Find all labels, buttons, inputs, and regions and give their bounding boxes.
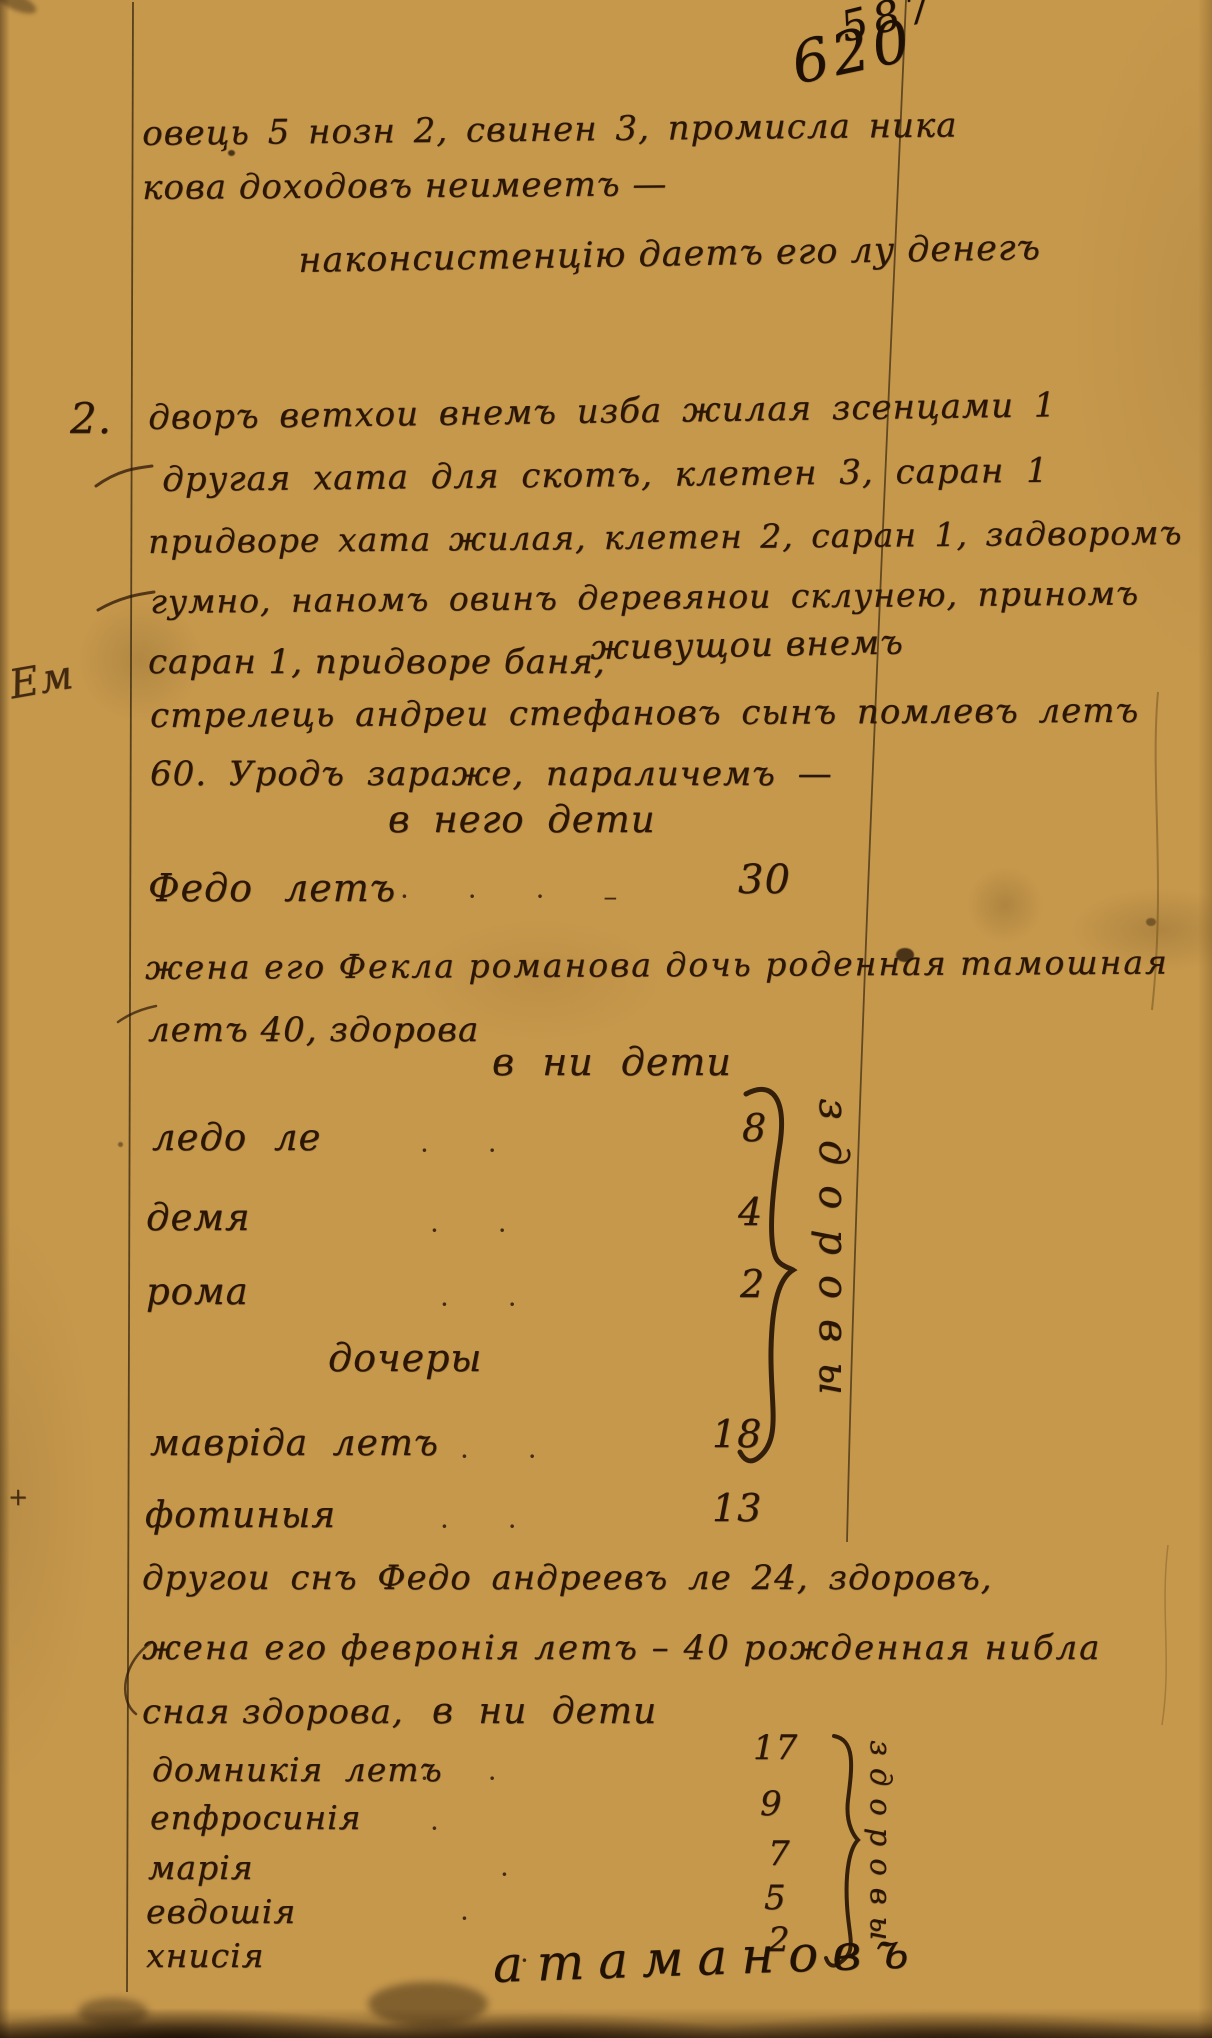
daughter-age: 13 — [712, 1488, 762, 1530]
children-heading: в него дети — [388, 800, 656, 841]
entry-number: 2. — [70, 396, 112, 442]
folio-number-written: 620 — [786, 8, 919, 96]
daughter-name: марія — [148, 1850, 254, 1886]
daughter-age: 17 — [753, 1730, 798, 1767]
son-name: рома — [146, 1272, 249, 1313]
ink-blot — [118, 1142, 123, 1147]
son-age: 2 — [740, 1264, 765, 1306]
household-line-5b: живущои внемъ — [590, 625, 904, 668]
father-name: Федо летъ — [148, 868, 396, 910]
intro-line-3: наконсистенцію даетъ его лу денегъ — [298, 229, 1041, 280]
dot-leader: · · — [430, 1214, 509, 1247]
daughter-name: епфросинія — [150, 1800, 361, 1836]
manuscript-page: 587 620 овець 5 нозн 2, свинен 3, промис… — [0, 0, 1212, 2038]
dot-leader: · · · – — [400, 880, 619, 913]
household-line-6: стрелець андреи стефановъ сынъ помлевъ л… — [150, 693, 1139, 736]
dot-leader: · — [430, 1812, 441, 1845]
margin-cross-mark: + — [8, 1484, 29, 1510]
household-line-2: другая хата для скотъ, клетен 3, саран 1 — [162, 453, 1049, 500]
health-label-vertical: здоровы — [810, 1098, 856, 1415]
pen-flourish — [96, 466, 152, 486]
second-family-line-1: другои снъ Федо андреевъ ле 24, здоровъ, — [142, 1560, 992, 1597]
household-line-7: 60. Уродъ зараже, параличемъ — — [150, 756, 833, 793]
daughter-age: 5 — [764, 1880, 787, 1917]
pen-flourish — [98, 592, 154, 610]
second-family-line-3: сная здорова, — [142, 1694, 404, 1731]
dot-leader: · · — [460, 1440, 539, 1473]
dot-leader: · · — [440, 1288, 519, 1321]
margin-flourish-mark: Ем — [6, 653, 77, 708]
household-line-4: гумно, наномъ овинъ деревянои склунею, п… — [150, 575, 1139, 620]
intro-line-2: кова доходовъ неимеетъ — — [142, 166, 667, 207]
dot-leader: · · — [440, 1510, 519, 1543]
intro-line-1: овець 5 нозн 2, свинен 3, промисла ника — [142, 107, 958, 153]
catchword: атамановъ — [492, 1923, 923, 1993]
daughter-age: 7 — [768, 1836, 791, 1873]
son-age: 4 — [738, 1192, 763, 1234]
dot-leader: · · — [420, 1134, 499, 1167]
daughter-name: фотиныя — [145, 1496, 336, 1536]
ink-blot — [896, 948, 914, 962]
son-name: ледо ле — [152, 1118, 321, 1159]
son-age: 8 — [742, 1108, 767, 1150]
ink-blot — [228, 150, 235, 156]
father-age: 30 — [738, 858, 791, 902]
daughter-name: хнисія — [146, 1938, 265, 1974]
wife-line-2: летъ 40, здорова — [148, 1012, 479, 1049]
second-family-children-heading: в ни дети — [432, 1692, 657, 1732]
daughters-heading: дочеры — [328, 1338, 482, 1380]
paper-crease — [1162, 1545, 1168, 1725]
ink-blot — [1146, 918, 1156, 926]
dot-leader: · — [500, 1858, 511, 1891]
daughter-age: 9 — [760, 1786, 783, 1823]
their-children-heading: в ни дети — [492, 1042, 732, 1084]
daughter-name: евдошія — [146, 1894, 296, 1930]
daughter-age: 18 — [712, 1414, 762, 1456]
page-edge-left — [0, 0, 10, 2038]
household-line-1: дворъ ветхои внемъ изба жилая зсенцами 1 — [148, 387, 1057, 437]
dot-leader: · · — [420, 1762, 499, 1795]
daughter-name: домникія летъ — [152, 1752, 443, 1788]
daughter-name: мавріда летъ — [150, 1424, 439, 1464]
page-edge-right — [1198, 0, 1212, 2038]
torn-bottom-edge — [0, 2008, 1212, 2038]
left-margin-rule — [127, 2, 133, 1992]
household-line-3: придворе хата жилая, клетен 2, саран 1, … — [148, 515, 1183, 560]
wife-line-1: жена его Фекла романова дочь роденная та… — [145, 945, 1169, 987]
health-label-vertical: здоровы — [864, 1740, 898, 1952]
dot-leader: · — [460, 1902, 471, 1935]
household-line-5: саран 1, придворе баня, — [148, 644, 606, 681]
son-name: демя — [146, 1198, 251, 1239]
second-family-line-2: жена его февронія летъ – 40 рожденная ни… — [142, 1630, 1101, 1667]
